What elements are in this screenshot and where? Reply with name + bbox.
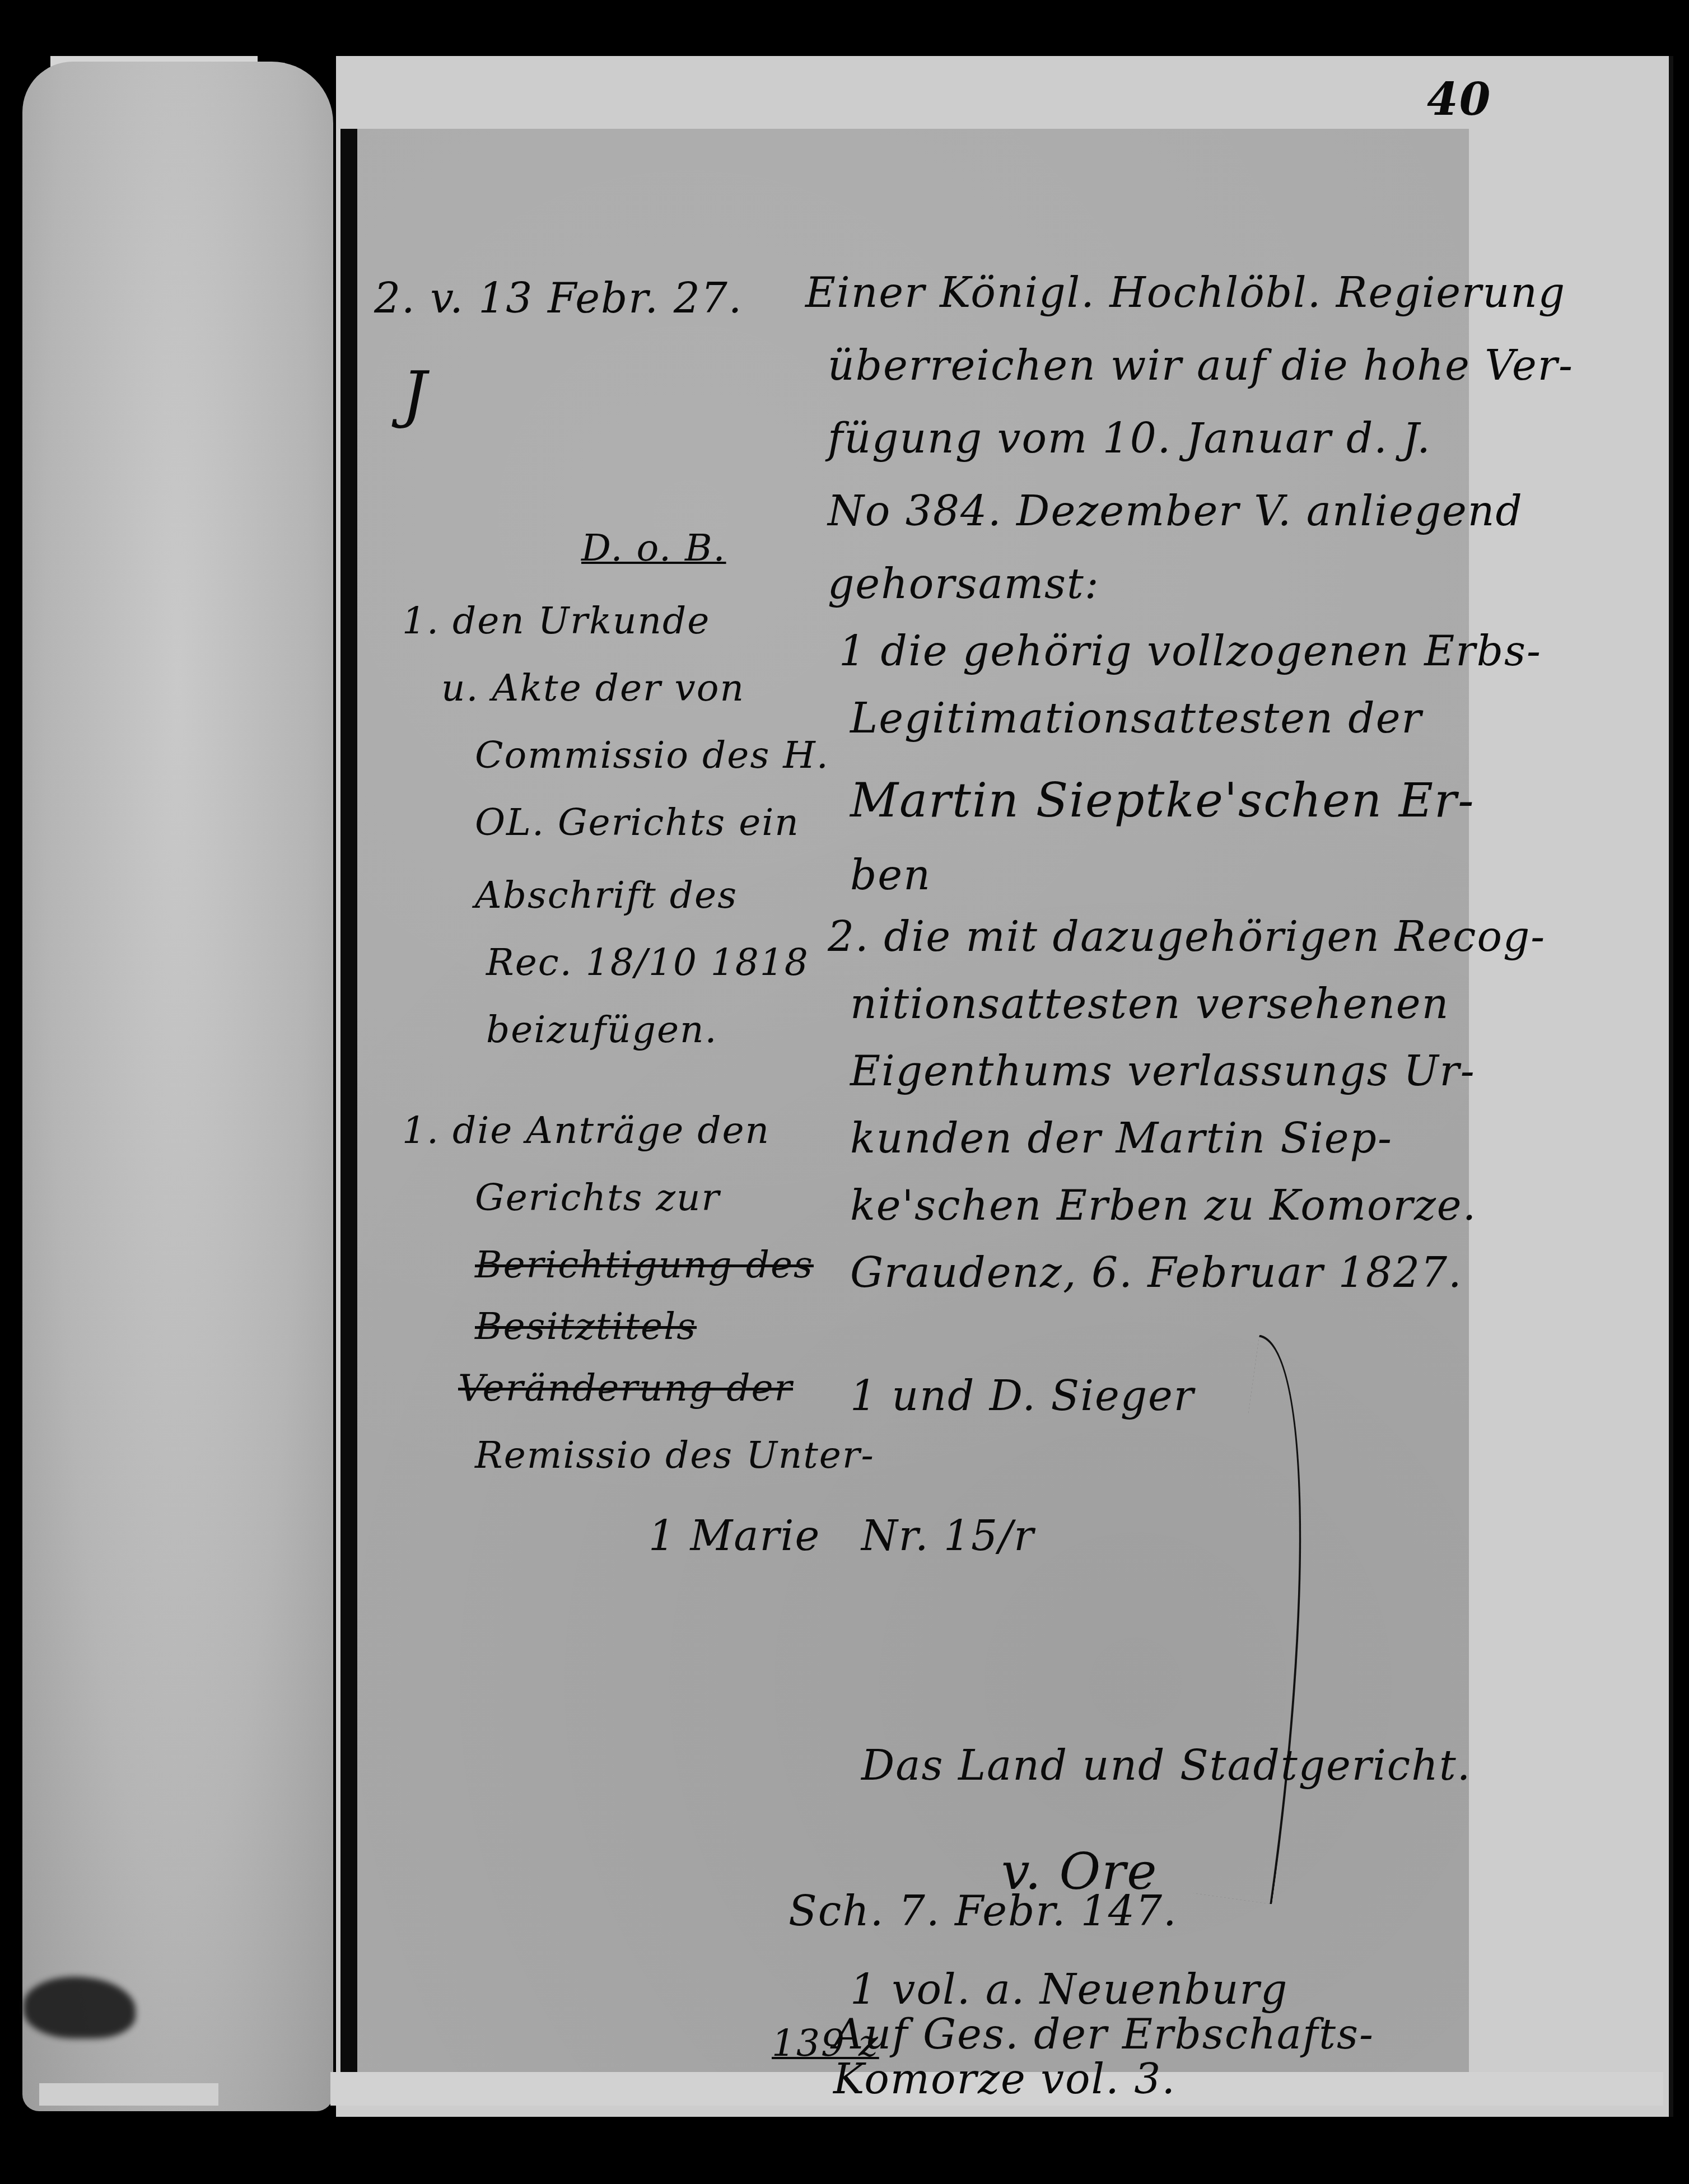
page-number: 40 xyxy=(1427,73,1491,125)
margin-date-heading: 2. v. 13 Febr. 27. xyxy=(374,274,743,323)
closing-line: Auf Ges. der Erbschafts- xyxy=(833,2010,1374,2059)
closing-line: 1 vol. a. Neuenburg xyxy=(850,1966,1288,2014)
margin-mark: J xyxy=(402,358,428,430)
folded-spine-strip xyxy=(22,62,333,2111)
signature-block: Das Land und Stadtgericht. xyxy=(861,1742,1471,1790)
text-line: Martin Sieptke'schen Er- xyxy=(850,773,1475,828)
margin-line: OL. Gerichts ein xyxy=(475,801,800,844)
margin-line: Abschrift des xyxy=(475,874,738,917)
text-line: ben xyxy=(850,851,931,899)
margin-line: Besitztitels xyxy=(475,1305,697,1348)
margin-reference: Nr. 15/r xyxy=(861,1512,1035,1560)
margin-line: Gerichts zur xyxy=(475,1176,720,1219)
text-line: Legitimationsattesten der xyxy=(850,694,1422,743)
margin-decretum: D. o. B. xyxy=(581,526,726,570)
margin-line: 1. den Urkunde xyxy=(402,599,710,642)
text-line: Graudenz, 6. Februar 1827. xyxy=(850,1249,1463,1297)
flourish-stroke xyxy=(1181,1334,1350,1904)
closing-line: Komorze vol. 3. xyxy=(833,2055,1176,2103)
margin-line: Commissio des H. xyxy=(475,734,829,777)
folio-reference: 139 z xyxy=(772,2022,879,2065)
date-note: Sch. 7. Febr. 147. xyxy=(788,1887,1177,1935)
text-line: ke'schen Erben zu Komorze. xyxy=(850,1182,1477,1230)
manuscript-page: 40 2. v. 13 Febr. 27. J D. o. B. 1. den … xyxy=(340,129,1469,2072)
text-line: gehorsamst: xyxy=(828,560,1100,608)
margin-line: Rec. 18/10 1818 xyxy=(486,941,809,984)
text-line: 2. die mit dazugehörigen Recog- xyxy=(828,913,1546,961)
margin-extra: 1 Marie xyxy=(648,1512,820,1560)
text-line: 1 die gehörig vollzogenen Erbs- xyxy=(839,627,1542,675)
text-line: Eigenthums verlassungs Ur- xyxy=(850,1047,1476,1095)
text-line: Einer Königl. Hochlöbl. Regierung xyxy=(805,269,1566,317)
margin-line: u. Akte der von xyxy=(441,666,745,710)
cover-bottom-tab xyxy=(39,2083,218,2106)
margin-line: Remissio des Unter- xyxy=(475,1434,875,1477)
text-line: fügung vom 10. Januar d. J. xyxy=(828,414,1431,463)
text-line: nitionsattesten versehenen xyxy=(850,980,1449,1028)
interlinear-note: 1 und D. Sieger xyxy=(850,1372,1195,1420)
margin-line: 1. die Anträge den xyxy=(402,1109,770,1152)
text-line: kunden der Martin Siep- xyxy=(850,1114,1393,1163)
text-line: überreichen wir auf die hohe Ver- xyxy=(828,342,1574,390)
margin-line: beizufügen. xyxy=(486,1008,717,1051)
text-line: No 384. Dezember V. anliegend xyxy=(828,487,1523,535)
margin-line: Berichtigung des xyxy=(475,1243,814,1286)
margin-line: Veränderung der xyxy=(458,1366,793,1410)
